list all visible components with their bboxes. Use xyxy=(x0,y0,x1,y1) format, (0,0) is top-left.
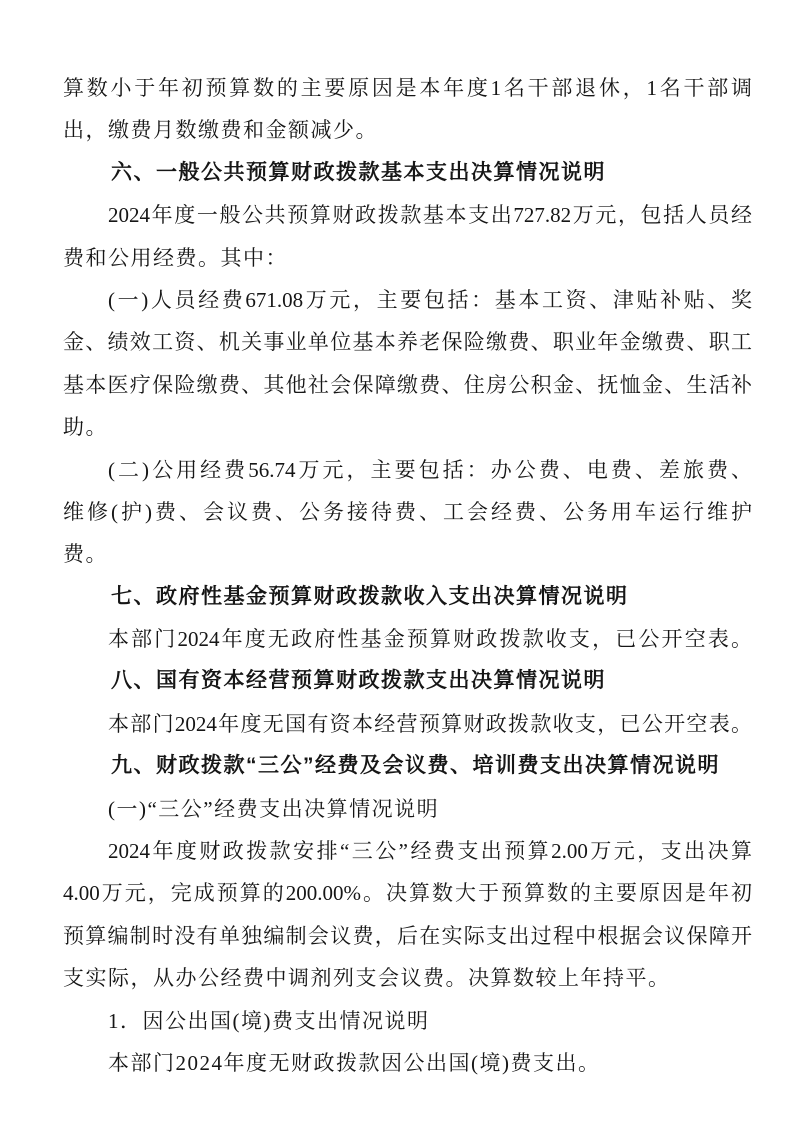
text-line: (二)公用经费56.74万元，主要包括：办公费、电费、差旅费、 xyxy=(63,449,752,491)
text-line: 4.00万元，完成预算的200.00%。决算数大于预算数的主要原因是年初 xyxy=(63,872,752,914)
text-line: 预算编制时没有单独编制会议费，后在实际支出过程中根据会议保障开 xyxy=(63,915,752,957)
text-line: 支实际，从办公经费中调剂列支会议费。决算数较上年持平。 xyxy=(63,957,752,999)
text-line: 本部门2024年度无政府性基金预算财政拨款收支，已公开空表。 xyxy=(63,618,752,660)
text-line: 本部门2024年度无财政拨款因公出国(境)费支出。 xyxy=(63,1042,752,1084)
section-heading: 七、政府性基金预算财政拨款收入支出决算情况说明 xyxy=(63,576,752,618)
text-line: 2024年度财政拨款安排“三公”经费支出预算2.00万元，支出决算 xyxy=(63,830,752,872)
text-line: 费。 xyxy=(63,533,752,575)
section-heading: 六、一般公共预算财政拨款基本支出决算情况说明 xyxy=(63,152,752,194)
text-line: 2024年度一般公共预算财政拨款基本支出727.82万元，包括人员经 xyxy=(63,194,752,236)
document-body: 算数小于年初预算数的主要原因是本年度1名干部退休，1名干部调出，缴费月数缴费和金… xyxy=(63,67,752,1084)
text-line: (一)“三公”经费支出决算情况说明 xyxy=(63,788,752,830)
text-line: 金、绩效工资、机关事业单位基本养老保险缴费、职业年金缴费、职工 xyxy=(63,321,752,363)
section-heading: 八、国有资本经营预算财政拨款支出决算情况说明 xyxy=(63,660,752,702)
text-line: 费和公用经费。其中： xyxy=(63,237,752,279)
text-line: 算数小于年初预算数的主要原因是本年度1名干部退休，1名干部调 xyxy=(63,67,752,109)
text-line: 助。 xyxy=(63,406,752,448)
text-line: 维修(护)费、会议费、公务接待费、工会经费、公务用车运行维护 xyxy=(63,491,752,533)
text-line: 1．因公出国(境)费支出情况说明 xyxy=(63,1000,752,1042)
page: 算数小于年初预算数的主要原因是本年度1名干部退休，1名干部调出，缴费月数缴费和金… xyxy=(0,0,793,1122)
text-line: 本部门2024年度无国有资本经营预算财政拨款收支，已公开空表。 xyxy=(63,703,752,745)
text-line: 出，缴费月数缴费和金额减少。 xyxy=(63,109,752,151)
text-line: 基本医疗保险缴费、其他社会保障缴费、住房公积金、抚恤金、生活补 xyxy=(63,364,752,406)
section-heading: 九、财政拨款“三公”经费及会议费、培训费支出决算情况说明 xyxy=(63,745,752,787)
text-line: (一)人员经费671.08万元，主要包括：基本工资、津贴补贴、奖 xyxy=(63,279,752,321)
